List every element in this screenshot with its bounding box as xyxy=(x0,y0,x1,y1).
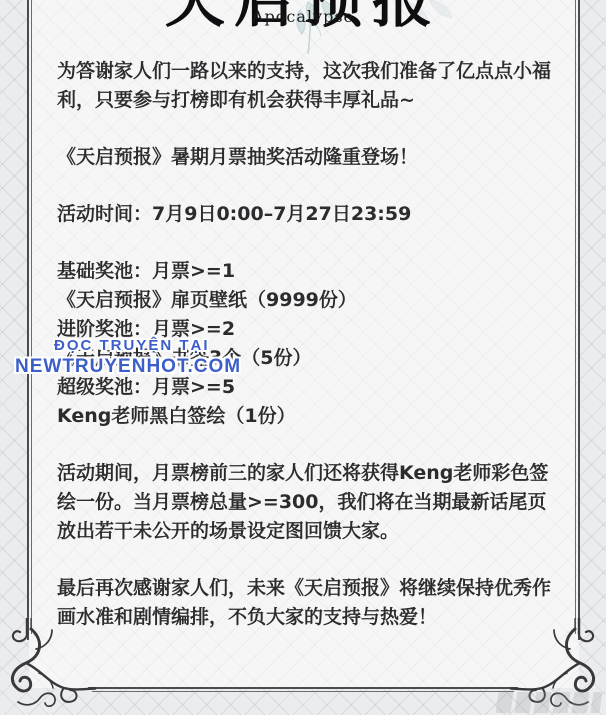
bonus-paragraph: 活动期间，月票榜前三的家人们还将获得Keng老师彩色签绘一份。当月票榜总量>=3… xyxy=(57,459,554,546)
closing-paragraph: 最后再次感谢家人们，未来《天启预报》将继续保持优秀作画水准和剧情编排，不负大家的… xyxy=(57,574,554,632)
prize-line-basic-threshold: 基础奖池：月票>=1 xyxy=(57,257,554,286)
event-announcement: 《天启预报》暑期月票抽奖活动隆重登场！ xyxy=(57,143,554,172)
frame-border-left-outer xyxy=(27,0,29,640)
frame-border-right-inner xyxy=(575,0,576,634)
intro-paragraph: 为答谢家人们一路以来的支持，这次我们准备了亿点点小福利，只要参与打榜即有机会获得… xyxy=(57,57,554,115)
frame-border-right-outer xyxy=(578,0,580,640)
prize-line-super-reward: Keng老师黑白签绘（1份） xyxy=(57,402,554,431)
event-schedule: 活动时间：7月9日0:00–7月27日23:59 xyxy=(57,200,554,229)
site-url-watermark: NEWTRUYENHOT.COM xyxy=(15,356,241,378)
announcement-page: 天启预报 Apocalypse 为答谢家人们一路以来的支持，这次我们准备了亿点点… xyxy=(0,0,606,715)
faint-platform-watermark xyxy=(496,692,603,713)
corner-flourish-left-icon xyxy=(5,618,117,714)
series-title-english: Apocalypse xyxy=(0,7,606,26)
frame-border-bottom-inner xyxy=(92,691,514,692)
viet-watermark-text: ĐỌC TRUYỆN TẠI xyxy=(54,337,210,354)
frame-border-left-inner xyxy=(31,0,32,634)
frame-border-bottom-outer xyxy=(88,687,518,689)
prize-line-basic-reward: 《天启预报》扉页壁纸（9999份） xyxy=(57,286,554,315)
